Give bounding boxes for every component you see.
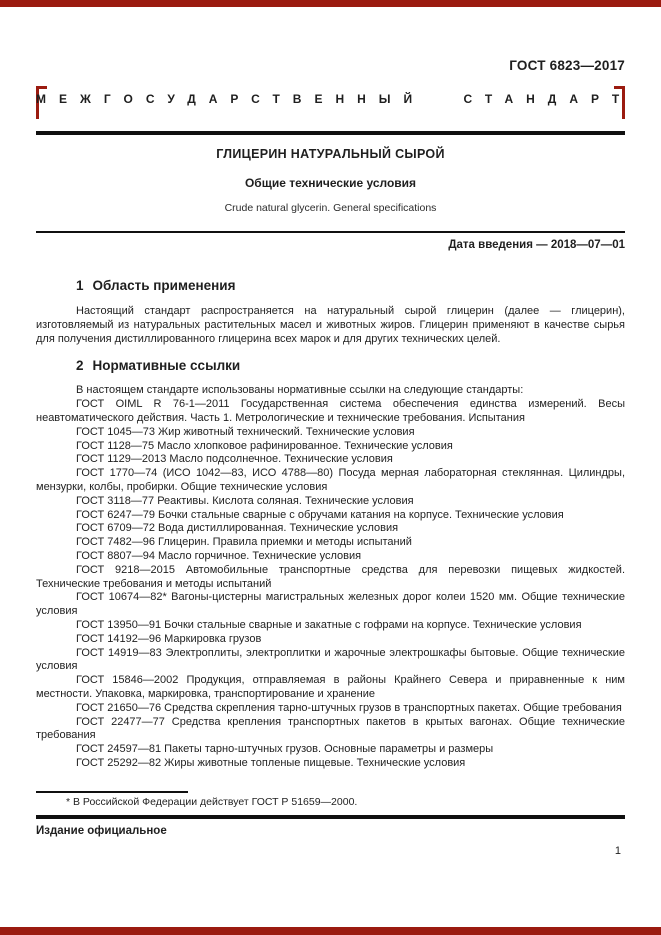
document-title-english: Crude natural glycerin. General specific… xyxy=(36,202,625,214)
section-heading-references: 2Нормативные ссылки xyxy=(36,358,625,374)
reference-item: ГОСТ 13950—91 Бочки стальные сварные и з… xyxy=(36,619,625,633)
effective-date: Дата введения — 2018—07—01 xyxy=(448,239,625,251)
reference-item: ГОСТ 3118—77 Реактивы. Кислота соляная. … xyxy=(36,495,625,509)
reference-item: ГОСТ 14192—96 Маркировка грузов xyxy=(36,633,625,647)
footnote-rule xyxy=(36,791,188,793)
document-subtitle: Общие технические условия xyxy=(36,176,625,190)
reference-item: ГОСТ 9218—2015 Автомобильные транспортны… xyxy=(36,564,625,592)
references-list: ГОСТ OIML R 76-1—2011 Государственная си… xyxy=(36,398,625,771)
page-number: 1 xyxy=(615,845,621,857)
document-code: ГОСТ 6823—2017 xyxy=(509,58,625,73)
footnote: * В Российской Федерации действует ГОСТ … xyxy=(36,796,625,809)
document-title: ГЛИЦЕРИН НАТУРАЛЬНЫЙ СЫРОЙ xyxy=(36,147,625,161)
section-title: Область применения xyxy=(93,278,236,293)
page-break-marker-bottom xyxy=(0,927,661,935)
reference-item: ГОСТ 25292—82 Жиры животные топленые пищ… xyxy=(36,757,625,771)
reference-item: ГОСТ 15846—2002 Продукция, отправляемая … xyxy=(36,674,625,702)
section-title: Нормативные ссылки xyxy=(93,358,241,373)
reference-item: ГОСТ 1045—73 Жир животный технический. Т… xyxy=(36,426,625,440)
section-number: 2 xyxy=(76,358,84,373)
reference-item: ГОСТ 1129—2013 Масло подсолнечное. Техни… xyxy=(36,453,625,467)
reference-item: ГОСТ 21650—76 Средства скрепления тарно-… xyxy=(36,702,625,716)
footer-rule xyxy=(36,815,625,819)
reference-item: ГОСТ 6247—79 Бочки стальные сварные с об… xyxy=(36,509,625,523)
reference-item: ГОСТ 22477—77 Средства крепления транспо… xyxy=(36,716,625,744)
reference-item: ГОСТ OIML R 76-1—2011 Государственная си… xyxy=(36,398,625,426)
header-rule xyxy=(36,131,625,135)
document-body: 1Область применения Настоящий стандарт р… xyxy=(36,278,625,771)
date-rule xyxy=(36,231,625,233)
reference-item: ГОСТ 1770—74 (ИСО 1042—83, ИСО 4788—80) … xyxy=(36,467,625,495)
reference-item: ГОСТ 10674—82* Вагоны-цистерны магистрал… xyxy=(36,591,625,619)
reference-item: ГОСТ 7482—96 Глицерин. Правила приемки и… xyxy=(36,536,625,550)
page-break-marker-top xyxy=(0,0,661,7)
reference-item: ГОСТ 24597—81 Пакеты тарно-штучных грузо… xyxy=(36,743,625,757)
references-intro: В настоящем стандарте использованы норма… xyxy=(36,384,625,398)
section-heading-scope: 1Область применения xyxy=(36,278,625,294)
reference-item: ГОСТ 14919—83 Электроплиты, электроплитк… xyxy=(36,647,625,675)
reference-item: ГОСТ 1128—75 Масло хлопковое рафинирован… xyxy=(36,440,625,454)
edition-note: Издание официальное xyxy=(36,825,167,837)
reference-item: ГОСТ 6709—72 Вода дистиллированная. Техн… xyxy=(36,522,625,536)
standard-type-heading: МЕЖГОСУДАРСТВЕННЫЙ СТАНДАРТ xyxy=(36,92,625,106)
section-number: 1 xyxy=(76,278,84,293)
reference-item: ГОСТ 8807—94 Масло горчичное. Технически… xyxy=(36,550,625,564)
document-page: ГОСТ 6823—2017 МЕЖГОСУДАРСТВЕННЫЙ СТАНДА… xyxy=(0,0,661,935)
scope-paragraph: Настоящий стандарт распространяется на н… xyxy=(36,305,625,346)
